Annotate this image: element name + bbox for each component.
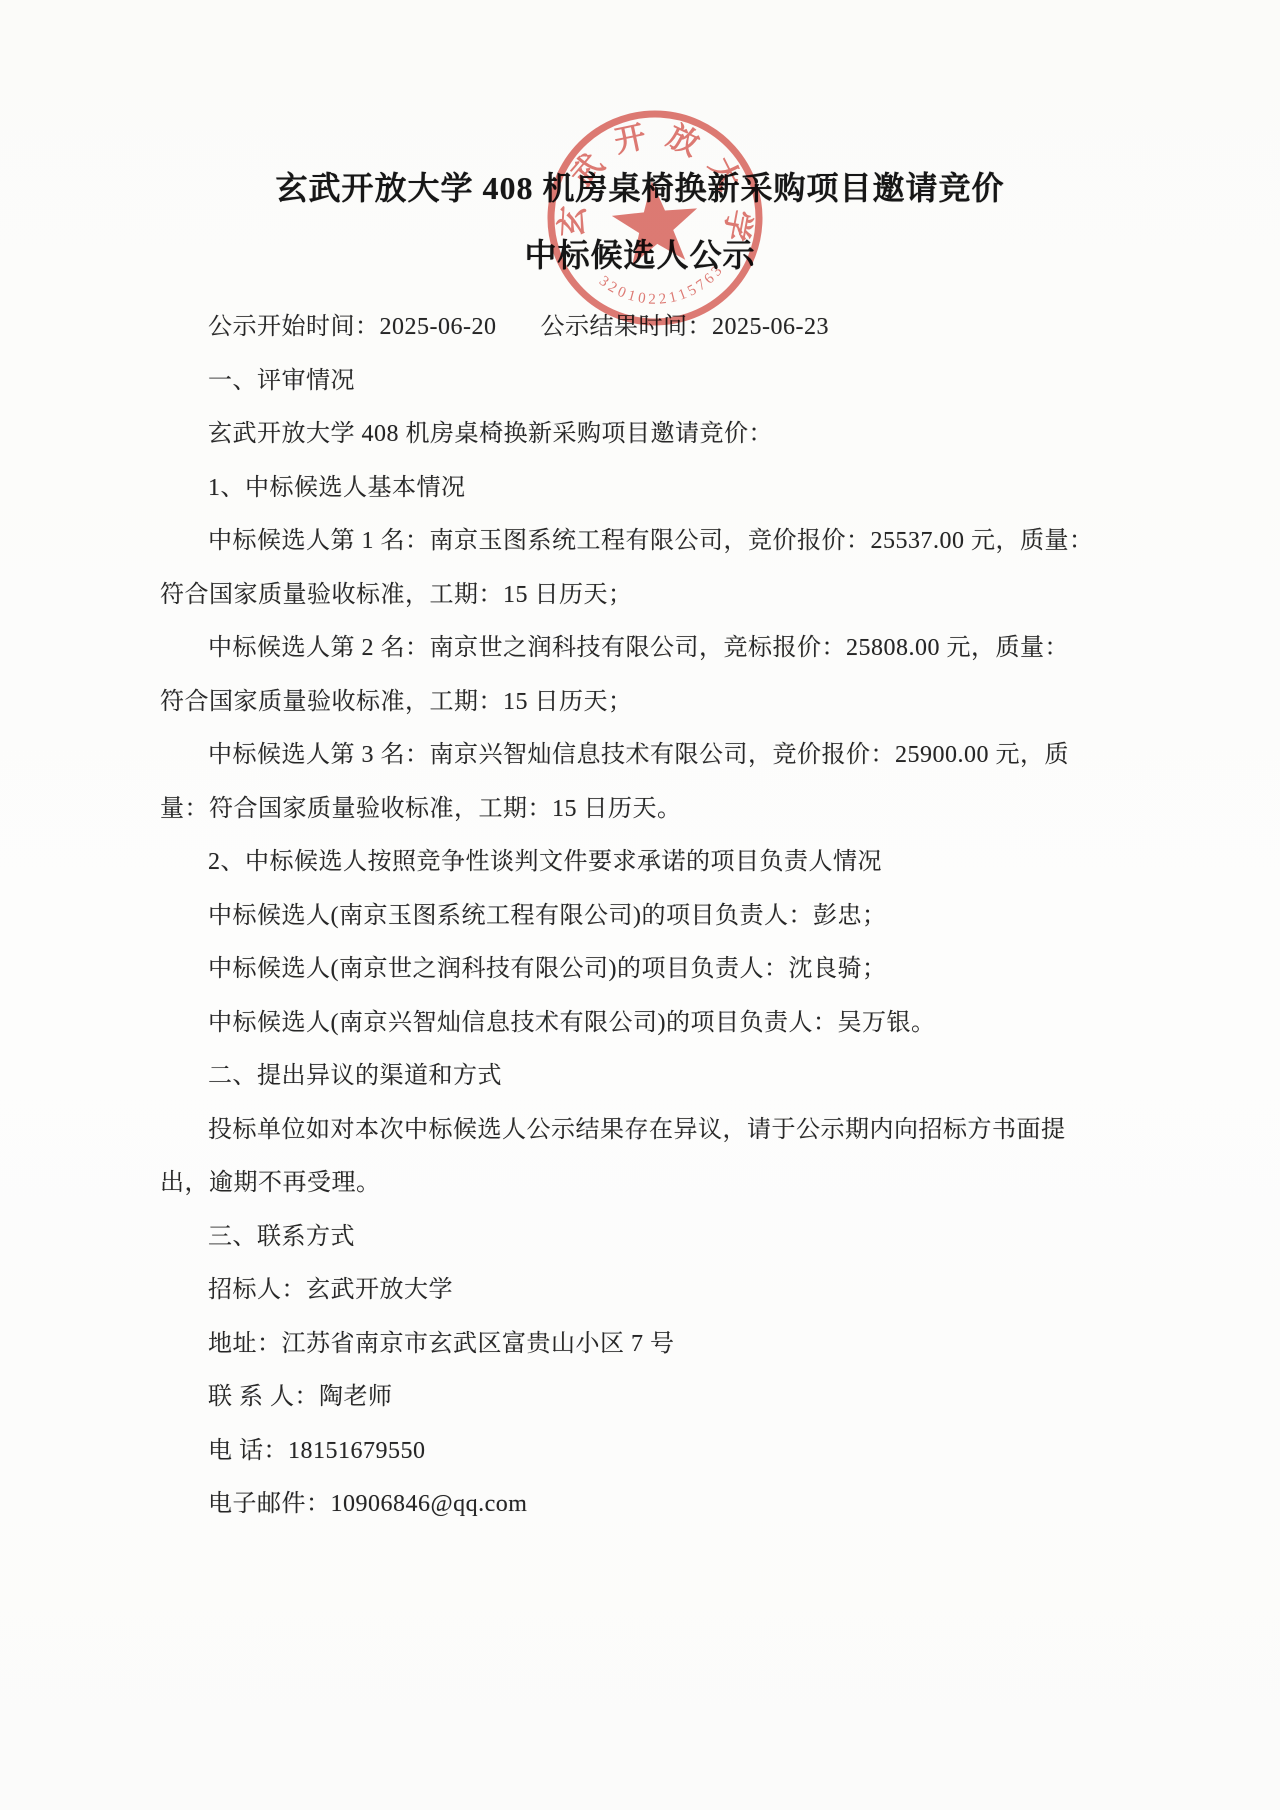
- body-line: 中标候选人第 2 名：南京世之润科技有限公司，竞标报价：25808.00 元，质…: [160, 622, 1160, 676]
- body-line: 地址：江苏省南京市玄武区富贵山小区 7 号: [160, 1318, 1160, 1372]
- seal-ring: [546, 109, 765, 328]
- body-line: 一、评审情况: [160, 355, 1160, 409]
- body-line: 电 话：18151679550: [160, 1425, 1160, 1479]
- document-title-line1: 玄武开放大学 408 机房桌椅换新采购项目邀请竞价: [0, 168, 1280, 208]
- body-line: 中标候选人(南京玉图系统工程有限公司)的项目负责人：彭忠；: [160, 890, 1160, 944]
- document-body: 公示开始时间：2025-06-20公示结果时间：2025-06-23 一、评审情…: [160, 301, 1160, 1532]
- body-line: 符合国家质量验收标准，工期：15 日历天；: [160, 569, 1160, 623]
- publicity-end-date: 2025-06-23: [712, 314, 829, 340]
- body-line: 2、中标候选人按照竞争性谈判文件要求承诺的项目负责人情况: [160, 836, 1160, 890]
- document-title-line2: 中标候选人公示: [0, 235, 1280, 275]
- body-line: 三、联系方式: [160, 1211, 1160, 1265]
- body-line: 二、提出异议的渠道和方式: [160, 1050, 1160, 1104]
- body-line: 符合国家质量验收标准，工期：15 日历天；: [160, 676, 1160, 730]
- body-line: 联 系 人：陶老师: [160, 1371, 1160, 1425]
- body-line: 玄武开放大学 408 机房桌椅换新采购项目邀请竞价：: [160, 408, 1160, 462]
- body-line: 中标候选人(南京兴智灿信息技术有限公司)的项目负责人：吴万银。: [160, 997, 1160, 1051]
- body-line: 中标候选人(南京世之润科技有限公司)的项目负责人：沈良骑；: [160, 943, 1160, 997]
- publicity-dates-line: 公示开始时间：2025-06-20公示结果时间：2025-06-23: [160, 301, 1160, 355]
- body-line: 投标单位如对本次中标候选人公示结果存在异议，请于公示期内向招标方书面提: [160, 1104, 1160, 1158]
- body-line: 出，逾期不再受理。: [160, 1157, 1160, 1211]
- publicity-start-date: 2025-06-20: [380, 314, 497, 340]
- body-line: 量：符合国家质量验收标准，工期：15 日历天。: [160, 783, 1160, 837]
- body-line: 中标候选人第 3 名：南京兴智灿信息技术有限公司，竞价报价：25900.00 元…: [160, 729, 1160, 783]
- body-line: 1、中标候选人基本情况: [160, 462, 1160, 516]
- body-line: 电子邮件：10906846@qq.com: [160, 1478, 1160, 1532]
- body-line: 招标人：玄武开放大学: [160, 1264, 1160, 1318]
- document-page: 玄武开放大学 408 机房桌椅换新采购项目邀请竞价 中标候选人公示 公示开始时间…: [0, 0, 1280, 1810]
- publicity-end-label: 公示结果时间：: [540, 314, 712, 340]
- body-line: 中标候选人第 1 名：南京玉图系统工程有限公司，竞价报价：25537.00 元，…: [160, 515, 1160, 569]
- publicity-start-label: 公示开始时间：: [208, 314, 380, 340]
